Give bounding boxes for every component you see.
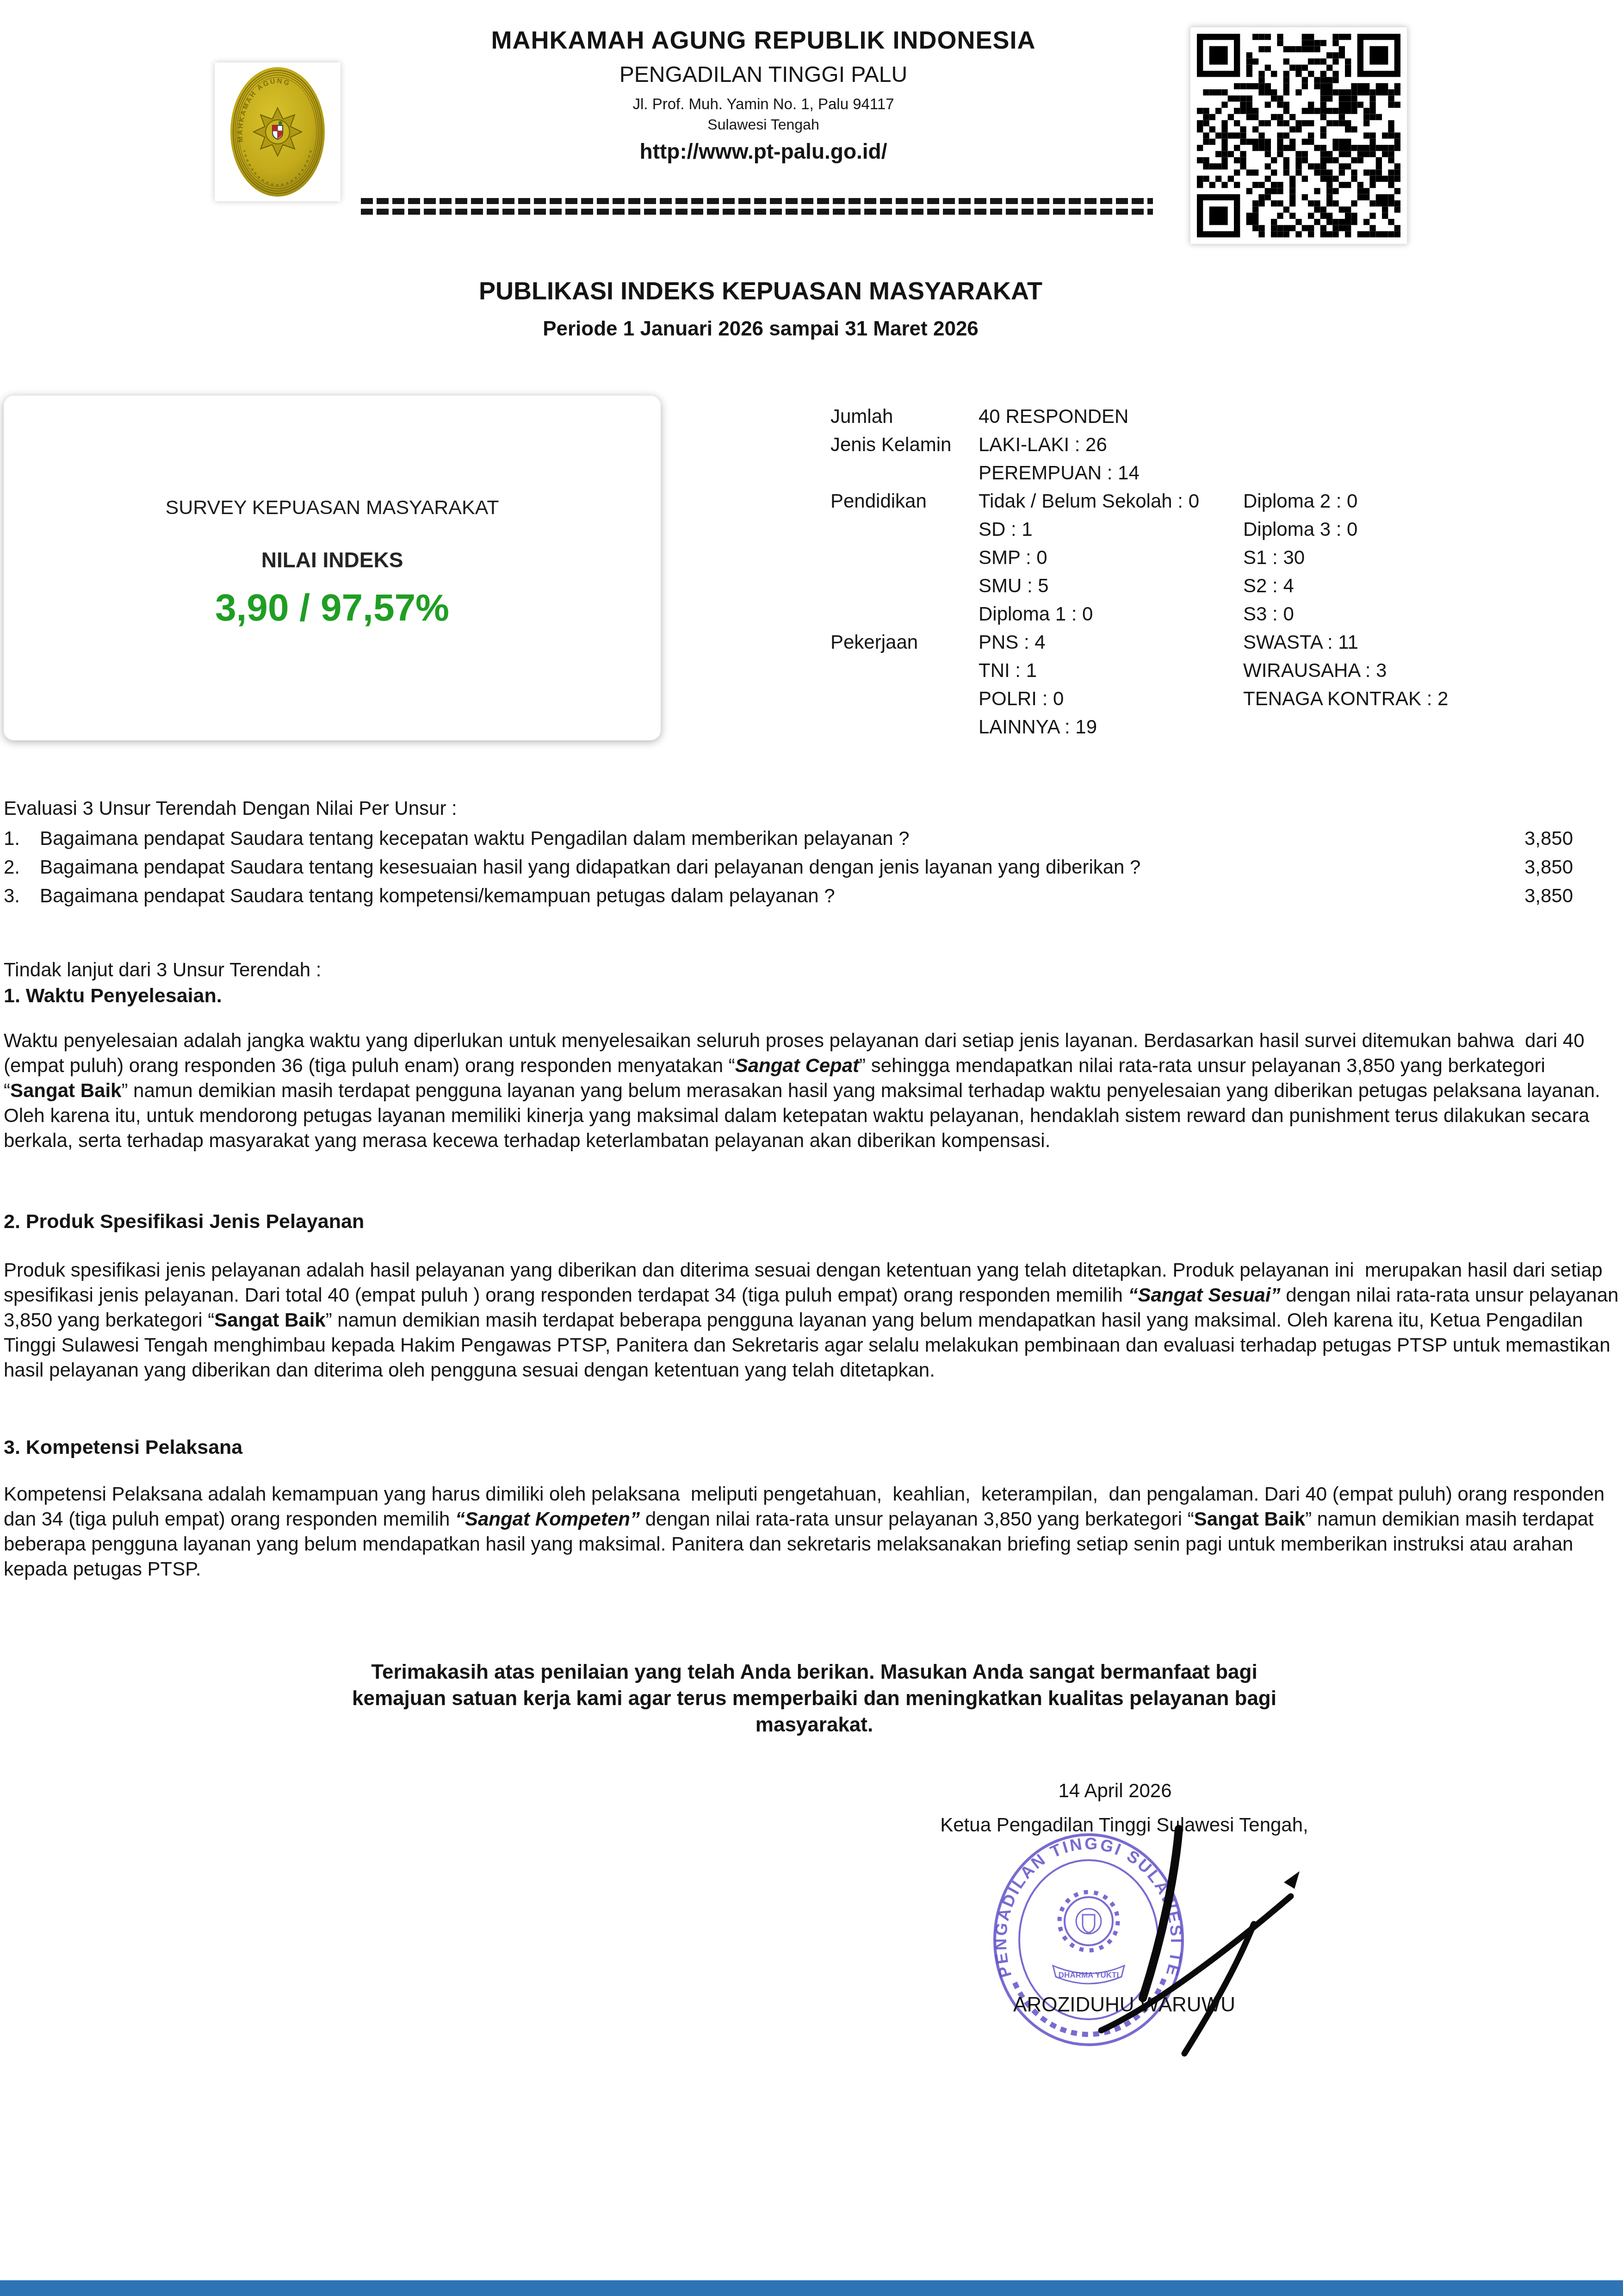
stat-value: 40 RESPONDEN bbox=[979, 405, 1243, 428]
stat-value: SMU : 5 bbox=[979, 575, 1243, 597]
page-period: Periode 1 Januari 2026 sampai 31 Maret 2… bbox=[367, 317, 1154, 341]
footer-bar bbox=[0, 2280, 1623, 2296]
stat-value: SMP : 0 bbox=[979, 546, 1243, 569]
index-label: NILAI INDEKS bbox=[4, 547, 661, 572]
header-organization: MAHKAMAH AGUNG REPUBLIK INDONESIA bbox=[370, 26, 1157, 55]
gold-seal-icon: MAHKAMAH AGUNG bbox=[215, 62, 341, 201]
index-value: 3,90 / 97,57% bbox=[4, 586, 661, 630]
item-number: 3. bbox=[4, 885, 40, 907]
stat-row: SMU : 5S2 : 4 bbox=[830, 575, 1619, 603]
signature-icon bbox=[1032, 1813, 1328, 2072]
item-number: 2. bbox=[4, 856, 40, 878]
court-seal-logo: MAHKAMAH AGUNG bbox=[215, 62, 341, 201]
header-website: http://www.pt-palu.go.id/ bbox=[370, 139, 1157, 164]
header-region: Sulawesi Tengah bbox=[370, 116, 1157, 133]
section-3-title: 3. Kompetensi Pelaksana bbox=[4, 1436, 242, 1459]
page-title: PUBLIKASI INDEKS KEPUASAN MASYARAKAT bbox=[367, 277, 1154, 305]
header-separator bbox=[361, 198, 1153, 217]
evaluation-item: 2.Bagaimana pendapat Saudara tentang kes… bbox=[4, 856, 1573, 885]
stat-label: Pendidikan bbox=[830, 490, 979, 512]
stat-value: LAKI-LAKI : 26 bbox=[979, 434, 1243, 456]
section-2-paragraph: Produk spesifikasi jenis pelayanan adala… bbox=[4, 1258, 1619, 1383]
qr-code-icon bbox=[1190, 27, 1407, 244]
stat-value: S1 : 30 bbox=[1243, 546, 1619, 569]
stat-row: PekerjaanPNS : 4SWASTA : 11 bbox=[830, 631, 1619, 659]
evaluation-item: 3.Bagaimana pendapat Saudara tentang kom… bbox=[4, 885, 1573, 913]
stat-value: PNS : 4 bbox=[979, 631, 1243, 653]
followup-heading: Tindak lanjut dari 3 Unsur Terendah : bbox=[4, 959, 321, 981]
qr-code-canvas bbox=[1197, 34, 1400, 237]
stat-value: POLRI : 0 bbox=[979, 688, 1243, 710]
stat-value: Diploma 3 : 0 bbox=[1243, 518, 1619, 540]
survey-label: SURVEY KEPUASAN MASYARAKAT bbox=[4, 496, 661, 519]
stat-row: PendidikanTidak / Belum Sekolah : 0Diplo… bbox=[830, 490, 1619, 518]
index-card: SURVEY KEPUASAN MASYARAKAT NILAI INDEKS … bbox=[4, 396, 661, 740]
stat-value: Tidak / Belum Sekolah : 0 bbox=[979, 490, 1243, 512]
stat-row: PEREMPUAN : 14 bbox=[830, 462, 1619, 490]
stat-row: POLRI : 0TENAGA KONTRAK : 2 bbox=[830, 688, 1619, 716]
stat-value: Diploma 1 : 0 bbox=[979, 603, 1243, 625]
section-1-paragraph: Waktu penyelesaian adalah jangka waktu y… bbox=[4, 1028, 1619, 1153]
stat-label: Jumlah bbox=[830, 405, 979, 428]
stat-label: Pekerjaan bbox=[830, 631, 979, 653]
stat-row: Jumlah40 RESPONDEN bbox=[830, 405, 1619, 434]
item-value: 3,850 bbox=[1524, 856, 1573, 878]
stat-row: Jenis KelaminLAKI-LAKI : 26 bbox=[830, 434, 1619, 462]
stat-value: SD : 1 bbox=[979, 518, 1243, 540]
separator-dash-row bbox=[361, 209, 1153, 215]
item-number: 1. bbox=[4, 827, 40, 850]
stat-value: TNI : 1 bbox=[979, 659, 1243, 682]
item-text: Bagaimana pendapat Saudara tentang kompe… bbox=[40, 885, 835, 906]
item-value: 3,850 bbox=[1524, 827, 1573, 850]
stat-value: SWASTA : 11 bbox=[1243, 631, 1619, 653]
item-value: 3,850 bbox=[1524, 885, 1573, 907]
evaluation-list: 1.Bagaimana pendapat Saudara tentang kec… bbox=[4, 827, 1573, 913]
item-text: Bagaimana pendapat Saudara tentang keses… bbox=[40, 856, 1140, 878]
stat-value: Diploma 2 : 0 bbox=[1243, 490, 1619, 512]
closing-message: Terimakasih atas penilaian yang telah An… bbox=[352, 1659, 1277, 1738]
stat-row: SMP : 0S1 : 30 bbox=[830, 546, 1619, 575]
section-2-title: 2. Produk Spesifikasi Jenis Pelayanan bbox=[4, 1210, 364, 1233]
header-address: Jl. Prof. Muh. Yamin No. 1, Palu 94117 bbox=[370, 95, 1157, 113]
stat-value: TENAGA KONTRAK : 2 bbox=[1243, 688, 1619, 710]
stat-value: S2 : 4 bbox=[1243, 575, 1619, 597]
section-1-title: 1. Waktu Penyelesaian. bbox=[4, 985, 222, 1007]
stat-row: SD : 1Diploma 3 : 0 bbox=[830, 518, 1619, 546]
stat-label: Jenis Kelamin bbox=[830, 434, 979, 456]
header-court: PENGADILAN TINGGI PALU bbox=[370, 62, 1157, 87]
signature-date: 14 April 2026 bbox=[1018, 1780, 1212, 1802]
document-page: MAHKAMAH AGUNG MAHKAMAH AGUNG REPUBLIK I… bbox=[0, 0, 1623, 2296]
stat-value: PEREMPUAN : 14 bbox=[979, 462, 1243, 484]
stat-row: TNI : 1WIRAUSAHA : 3 bbox=[830, 659, 1619, 688]
stat-row: Diploma 1 : 0S3 : 0 bbox=[830, 603, 1619, 631]
stat-row: LAINNYA : 19 bbox=[830, 716, 1619, 744]
stat-value: LAINNYA : 19 bbox=[979, 716, 1243, 738]
stat-value: S3 : 0 bbox=[1243, 603, 1619, 625]
item-text: Bagaimana pendapat Saudara tentang kecep… bbox=[40, 827, 910, 849]
respondent-stats: Jumlah40 RESPONDEN Jenis KelaminLAKI-LAK… bbox=[830, 405, 1619, 744]
stat-value: WIRAUSAHA : 3 bbox=[1243, 659, 1619, 682]
separator-dash-row bbox=[361, 198, 1153, 204]
evaluation-heading: Evaluasi 3 Unsur Terendah Dengan Nilai P… bbox=[4, 797, 457, 819]
section-3-paragraph: Kompetensi Pelaksana adalah kemampuan ya… bbox=[4, 1482, 1619, 1582]
evaluation-item: 1.Bagaimana pendapat Saudara tentang kec… bbox=[4, 827, 1573, 856]
